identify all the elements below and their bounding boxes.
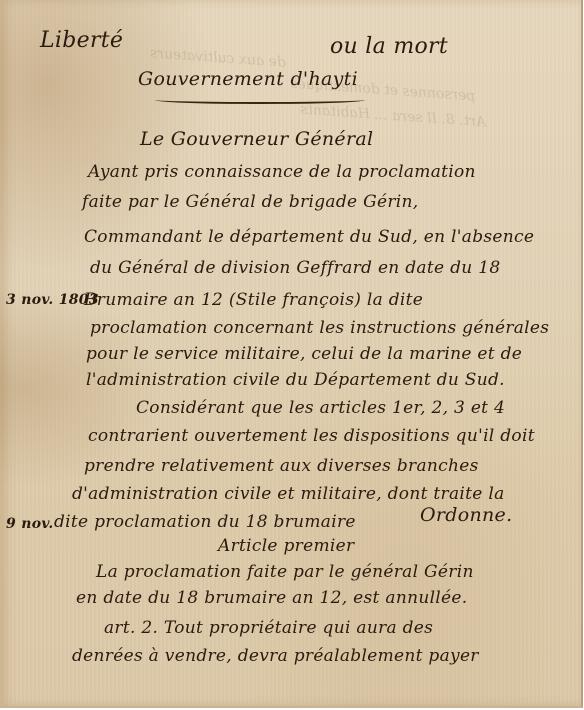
preamble-line: l'administration civile du Département d… (86, 370, 505, 390)
heading-underline-flourish (155, 96, 365, 104)
preamble-line: pour le service militaire, celui de la m… (86, 344, 522, 364)
bleed-through-text: Art. 8. Il sera ... Habitants (300, 102, 487, 131)
preamble-line: Ayant pris connaissance de la proclamati… (88, 162, 476, 182)
issuer-heading: Le Gouverneur Général (140, 128, 373, 150)
considering-line: dite proclamation du 18 brumaire (54, 512, 356, 532)
preamble-line: Brumaire an 12 (Stile françois) la dite (84, 290, 423, 310)
preamble-line: proclamation concernant les instructions… (90, 318, 549, 338)
manuscript-page: de aux cultivateurs personnes et domesti… (0, 0, 583, 708)
considering-line: contrarient ouvertement les dispositions… (88, 426, 535, 446)
motto-liberte: Liberté (40, 28, 123, 53)
considering-line: prendre relativement aux diverses branch… (84, 456, 479, 476)
preamble-line: du Général de division Geffrard en date … (90, 258, 500, 278)
preamble-line: Commandant le département du Sud, en l'a… (84, 227, 534, 247)
margin-note-date: 9 nov. (6, 516, 54, 532)
considering-line: Considérant que les articles 1er, 2, 3 e… (136, 398, 505, 418)
bleed-through-text: de aux cultivateurs (150, 45, 287, 70)
article-1-line: en date du 18 brumaire an 12, est annull… (76, 588, 467, 608)
motto-ou-la-mort: ou la mort (330, 34, 448, 59)
article-2-line: art. 2. Tout propriétaire qui aura des (104, 618, 433, 638)
ordonne-text: Ordonne. (420, 504, 512, 526)
article-2-line: denrées à vendre, devra préalablement pa… (72, 646, 479, 666)
preamble-line: faite par le Général de brigade Gérin, (82, 192, 418, 212)
article-1-title: Article premier (218, 536, 354, 556)
government-heading: Gouvernement d'hayti (138, 68, 358, 90)
article-1-line: La proclamation faite par le général Gér… (96, 562, 474, 582)
considering-line: d'administration civile et militaire, do… (72, 484, 505, 504)
